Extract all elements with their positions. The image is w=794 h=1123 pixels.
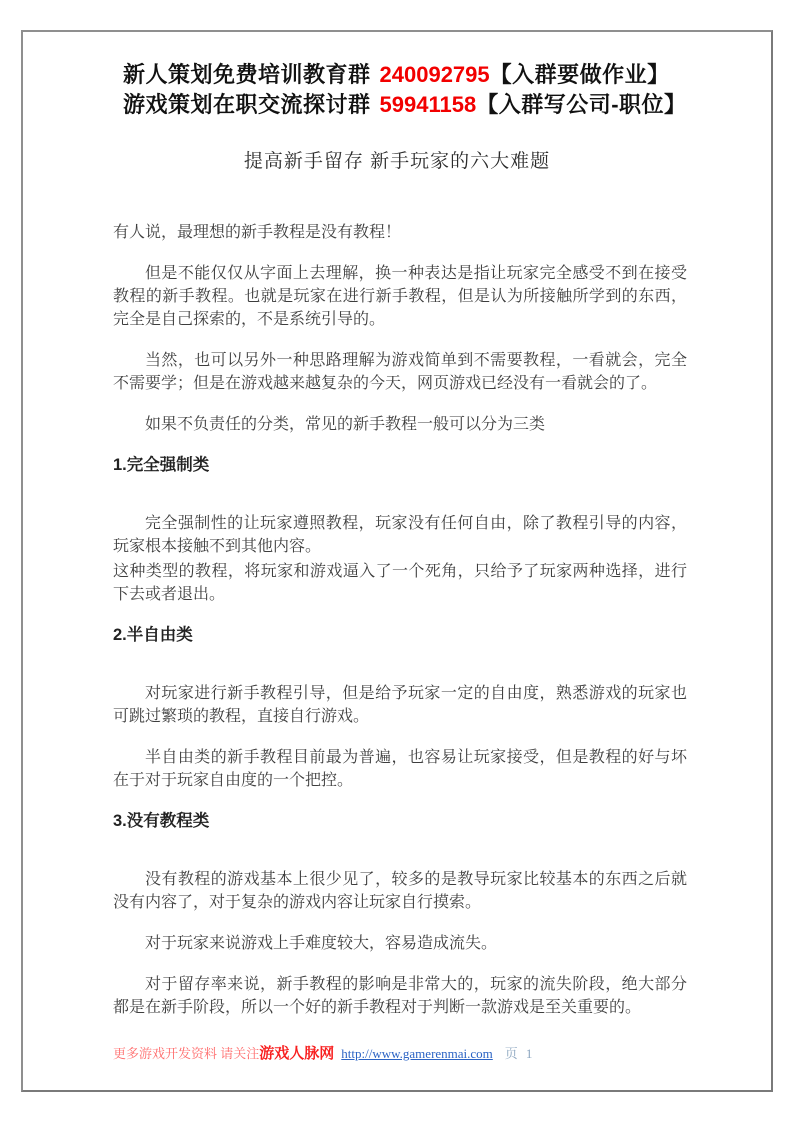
- section-heading: 1.完全强制类: [113, 454, 687, 476]
- header-line-2: 游戏策划在职交流探讨群59941158【入群写公司-职位】: [123, 90, 771, 120]
- section-heading: 3.没有教程类: [113, 810, 687, 832]
- paragraph: 当然，也可以另外一种思路理解为游戏简单到不需要教程，一看就会，完全不需要学；但是…: [113, 349, 687, 395]
- paragraph: 有人说，最理想的新手教程是没有教程！: [113, 221, 687, 244]
- paragraph: 半自由类的新手教程目前最为普遍，也容易让玩家接受，但是教程的好与坏在于对于玩家自…: [113, 746, 687, 792]
- document-title: 提高新手留存 新手玩家的六大难题: [23, 146, 771, 173]
- paragraph: 完全强制性的让玩家遵照教程，玩家没有任何自由，除了教程引导的内容，玩家根本接触不…: [113, 512, 687, 558]
- group-number: 59941158: [380, 92, 477, 117]
- group-label: 新人策划免费培训教育群: [123, 62, 371, 87]
- paragraph: 这种类型的教程，将玩家和游戏逼入了一个死角，只给予了玩家两种选择，进行下去或者退…: [113, 560, 687, 606]
- page-number-value: 1: [526, 1046, 533, 1061]
- page-number-label: 页: [505, 1046, 518, 1061]
- section-heading: 2.半自由类: [113, 624, 687, 646]
- document-body: 有人说，最理想的新手教程是没有教程！但是不能仅仅从字面上去理解，换一种表达是指让…: [23, 221, 771, 1019]
- group-number: 240092795: [380, 62, 490, 87]
- footer-prefix: 更多游戏开发资料 请关注: [113, 1046, 259, 1061]
- footer-link[interactable]: http://www.gamerenmai.com: [341, 1046, 493, 1061]
- group-label: 游戏策划在职交流探讨群: [123, 92, 371, 117]
- paragraph: 对于玩家来说游戏上手难度较大，容易造成流失。: [113, 932, 687, 955]
- document-header: 新人策划免费培训教育群240092795【入群要做作业】 游戏策划在职交流探讨群…: [123, 60, 771, 120]
- header-line-1: 新人策划免费培训教育群240092795【入群要做作业】: [123, 60, 771, 90]
- paragraph: 对于留存率来说，新手教程的影响是非常大的，玩家的流失阶段，绝大部分都是在新手阶段…: [113, 973, 687, 1019]
- paragraph: 如果不负责任的分类，常见的新手教程一般可以分为三类: [113, 413, 687, 436]
- group-note: 【入群要做作业】: [490, 62, 670, 87]
- group-note: 【入群写公司-职位】: [476, 92, 686, 117]
- footer-brand: 游戏人脉网: [259, 1045, 334, 1062]
- paragraph: 对玩家进行新手教程引导，但是给予玩家一定的自由度，熟悉游戏的玩家也可跳过繁琐的教…: [113, 682, 687, 728]
- paragraph: 但是不能仅仅从字面上去理解，换一种表达是指让玩家完全感受不到在接受教程的新手教程…: [113, 262, 687, 331]
- document-footer: 更多游戏开发资料 请关注游戏人脉网http://www.gamerenmai.c…: [113, 1042, 532, 1063]
- page-number: 页1: [505, 1046, 533, 1061]
- paragraph: 没有教程的游戏基本上很少见了，较多的是教导玩家比较基本的东西之后就没有内容了，对…: [113, 868, 687, 914]
- document-page: 新人策划免费培训教育群240092795【入群要做作业】 游戏策划在职交流探讨群…: [21, 30, 773, 1092]
